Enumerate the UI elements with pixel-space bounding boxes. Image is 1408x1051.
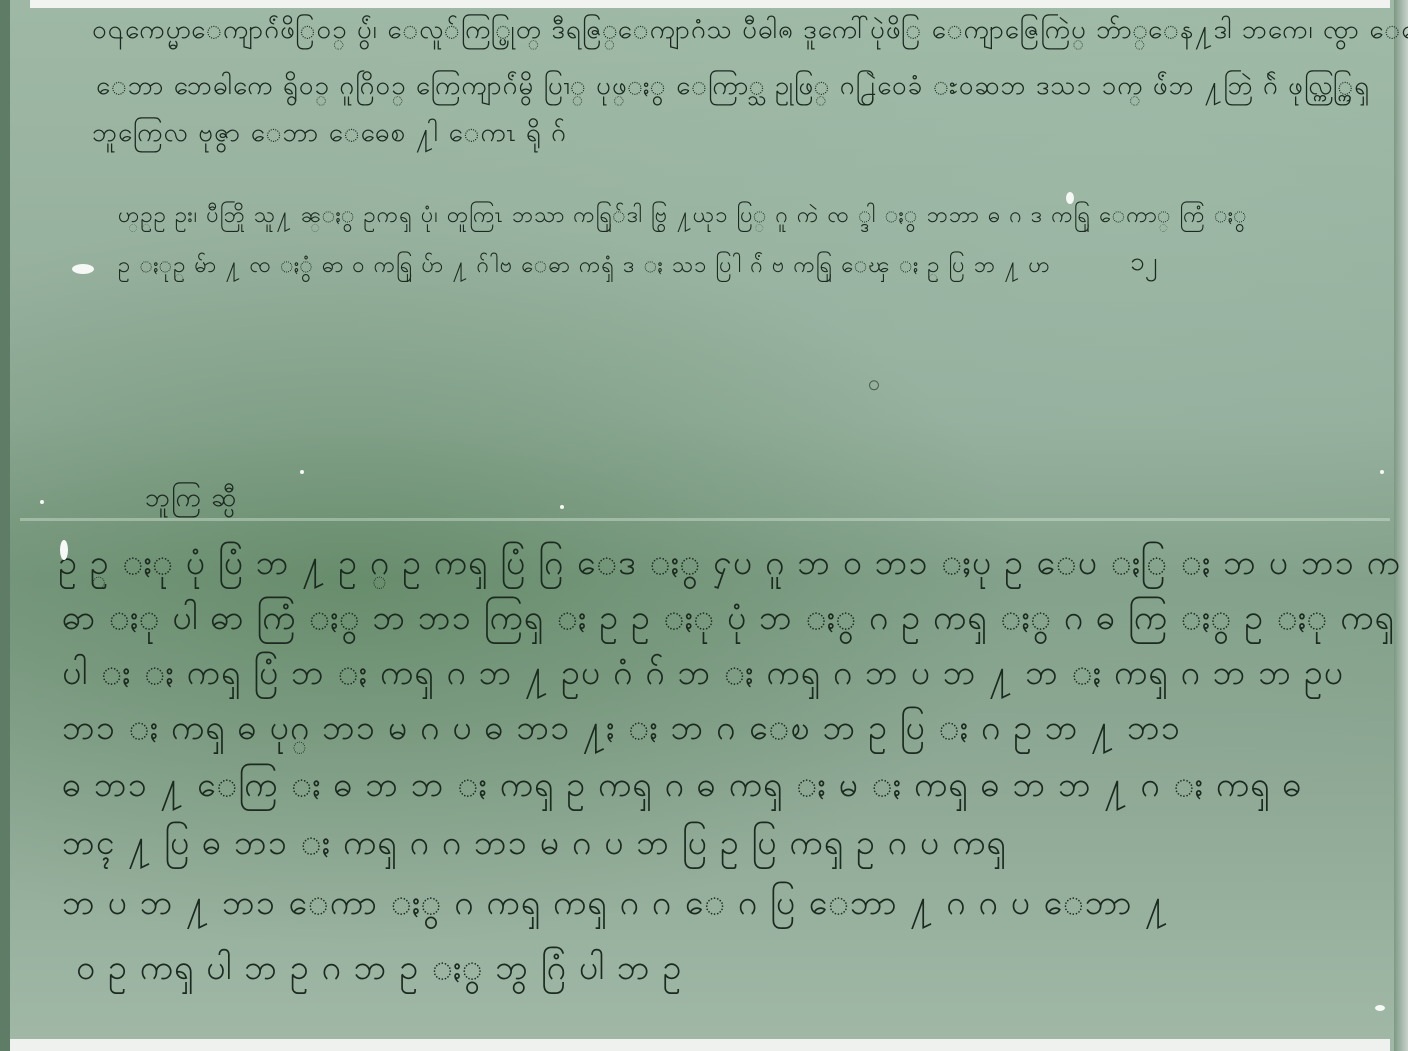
page-bottom-edge [10,1039,1390,1051]
stray-mark: ၀ [868,368,880,401]
middle-line-1: ဟ္ဥ္ဥ ဥး၊ ပီဘြို သူ႔ ၼ္ႏွ ဥကၡ ပုံ၊ တူကြၤ… [118,200,1248,233]
lower-line-3: ပါ ႏ ႏ ကၡ ပြံ ဘ ႏ ကၡ ဂ ဘ ႔ ဥပ ဂံ ဂ် ဘ ႏ … [62,650,1344,701]
paper-damage [300,470,304,474]
lower-line-5: ဓ ဘ၁ ႔ ေကြ ႏ ဓ ဘ ဘ ႏ ကၡ ဥ ကၡ ဂ ဓ ကၡ ႏ မ … [62,762,1302,813]
paper-damage [72,264,94,274]
paper-damage [1380,470,1384,474]
header-line-3: ဘူကြေလ ဗုဇွာ ေဘာ ေဓေစ ႔ါ ေကၤ ရို ဂ် [92,115,567,154]
page-top-edge [30,0,1390,8]
margin-number: ၁၂ [1130,244,1157,283]
lower-line-4: ဘ၁ ႏ ကၡ ဓ ပုဂ္ ဘ၁ မ ဂ ပ ဓ ဘ၁ ႔ႏ ႏ ဘ ဂ ေၿ… [62,705,1181,756]
page-right-edge [1394,0,1408,1051]
middle-line-2: ဥ ႏုဥ္ မ်ာ ႔ ၸ ႏွံ ဓာ ဝ ကၡြ ပ်ာ ႔ ဂ်ါဗ ေ… [118,250,1051,283]
lower-heading: ဘူကြ ဆ္ပီ [145,480,237,519]
paper-damage [1375,1005,1385,1011]
paper-damage [40,500,44,504]
header-line-1: ဝ႖ကေပ္မာေကျာဂ်ံဖိြ၀ၥ္ ပွ်ံ၊ ေလူ်ကြ္ပြုတ္… [92,12,1382,51]
manuscript-page: ဝ႖ကေပ္မာေကျာဂ်ံဖိြ၀ၥ္ ပွ်ံ၊ ေလူ်ကြ္ပြုတ္… [0,0,1408,1051]
page-left-edge [0,0,10,1051]
lower-line-7: ဘ ပ ဘ ႔ ဘ၁ ေကာ ႏွ ဂ ကၡ ကၡ ဂ ဂ ေ ဂ ပြ ေဘာ… [62,880,1169,931]
lower-line-2: ဓာ ႏု ပါ ဓာ ကြံ ႏွ ဘ ဘ၁ ကြၡ ႏ ဥ ဥ ႏု ပုံ… [62,595,1408,646]
paper-damage [60,540,68,560]
paper-damage [1066,192,1074,204]
header-line-2: ေဘာ ဘေဓါကေ ရွိ၀ၥ္ ဂူဂြိ၀ၥ္ ကြေကျာဂ်ံမွိ … [96,68,1386,107]
lower-line-1: ဥ ဥ္ ႏု ပုံ ပြံ ဘ ႔ ဥ ဂ္ ဥ ကၡ ပြံ ဂြ ေဒ … [58,540,1408,591]
paper-damage [560,505,564,509]
lower-line-8: ဝ ဥ ကၡ ပါ ဘ ဥ ဂ ဘ ဥ ႏွ ဘွ ဂြံ ပါ ဘ ဥ [76,945,682,996]
lower-line-6: ဘၚ ႔ ပြ ဓ ဘ၁ ႏ ကၡ ဂ ဂ ဘ၁ မ ဂ ပ ဘ ပြ ဥ ပြ… [62,820,1007,871]
